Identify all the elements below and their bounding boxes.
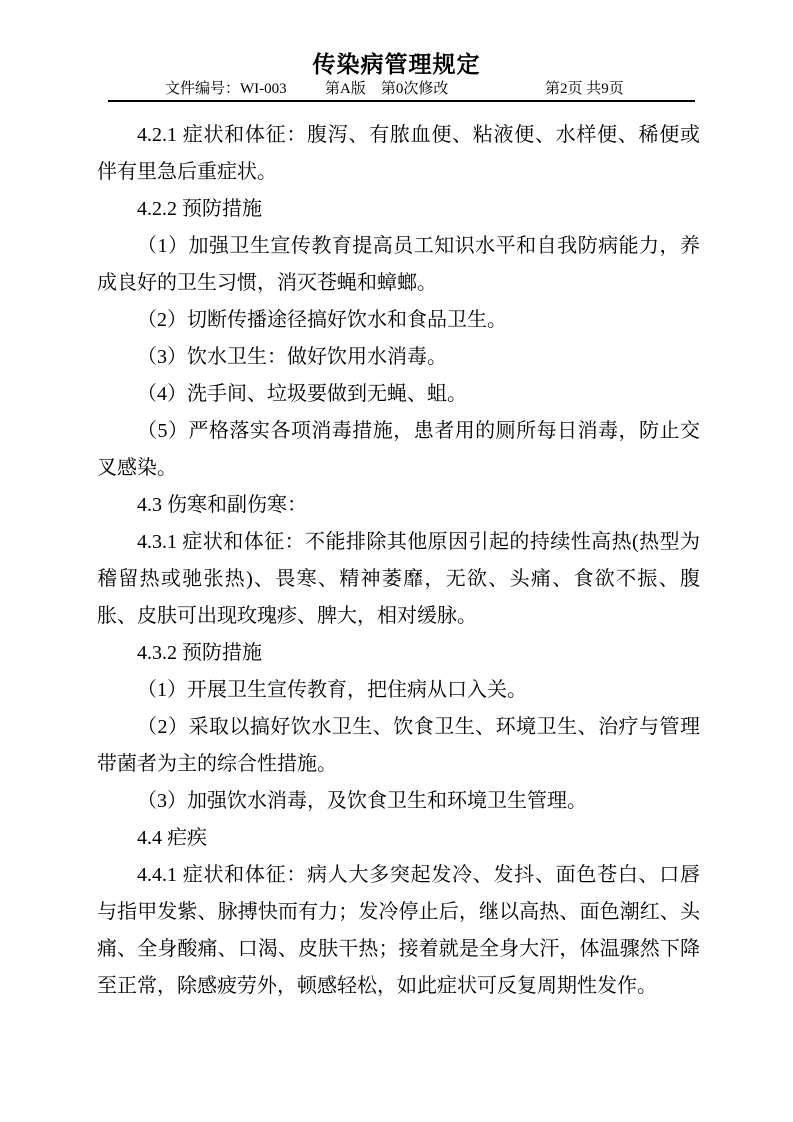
paragraph-item-2: （2）切断传播途径搞好饮水和食品卫生。 xyxy=(97,302,700,339)
document-page: 传染病管理规定 文件编号：WI-003 第A版 第0次修改 第2页 共9页 4.… xyxy=(0,0,793,1122)
header-divider xyxy=(108,100,695,102)
paragraph-4-3-2-heading: 4.3.2 预防措施 xyxy=(97,635,700,672)
document-title: 传染病管理规定 xyxy=(0,50,793,78)
paragraph-4-4-heading: 4.4 疟疾 xyxy=(97,820,700,857)
file-number: 文件编号：WI-003 xyxy=(165,78,287,100)
header-meta-row: 文件编号：WI-003 第A版 第0次修改 第2页 共9页 xyxy=(108,78,695,100)
paragraph-4-3-1-symptoms: 4.3.1 症状和体征：不能排除其他原因引起的持续性高热(热型为稽留热或驰张热)… xyxy=(97,524,700,635)
paragraph-item-1: （1）加强卫生宣传教育提高员工知识水平和自我防病能力，养成良好的卫生习惯，消灭苍… xyxy=(97,228,700,302)
paragraph-item-5: （5）严格落实各项消毒措施，患者用的厕所每日消毒，防止交叉感染。 xyxy=(97,413,700,487)
version-revision: 第A版 第0次修改 xyxy=(325,78,448,100)
paragraph-item-3b: （3）加强饮水消毒，及饮食卫生和环境卫生管理。 xyxy=(97,783,700,820)
document-body: 4.2.1 症状和体征：腹泻、有脓血便、粘液便、水样便、稀便或伴有里急后重症状。… xyxy=(0,117,793,1005)
paragraph-item-3: （3）饮水卫生：做好饮用水消毒。 xyxy=(97,339,700,376)
paragraph-item-4: （4）洗手间、垃圾要做到无蝇、蛆。 xyxy=(97,376,700,413)
paragraph-item-1b: （1）开展卫生宣传教育，把住病从口入关。 xyxy=(97,672,700,709)
document-header: 传染病管理规定 文件编号：WI-003 第A版 第0次修改 第2页 共9页 xyxy=(0,0,793,102)
paragraph-4-2-2-heading: 4.2.2 预防措施 xyxy=(97,191,700,228)
paragraph-item-2b: （2）采取以搞好饮水卫生、饮食卫生、环境卫生、治疗与管理带菌者为主的综合性措施。 xyxy=(97,709,700,783)
page-number: 第2页 共9页 xyxy=(545,78,624,100)
paragraph-4-3-heading: 4.3 伤寒和副伤寒： xyxy=(97,487,700,524)
paragraph-4-2-1-symptoms: 4.2.1 症状和体征：腹泻、有脓血便、粘液便、水样便、稀便或伴有里急后重症状。 xyxy=(97,117,700,191)
paragraph-4-4-1-symptoms: 4.4.1 症状和体征：病人大多突起发冷、发抖、面色苍白、口唇与指甲发紫、脉搏快… xyxy=(97,857,700,1005)
